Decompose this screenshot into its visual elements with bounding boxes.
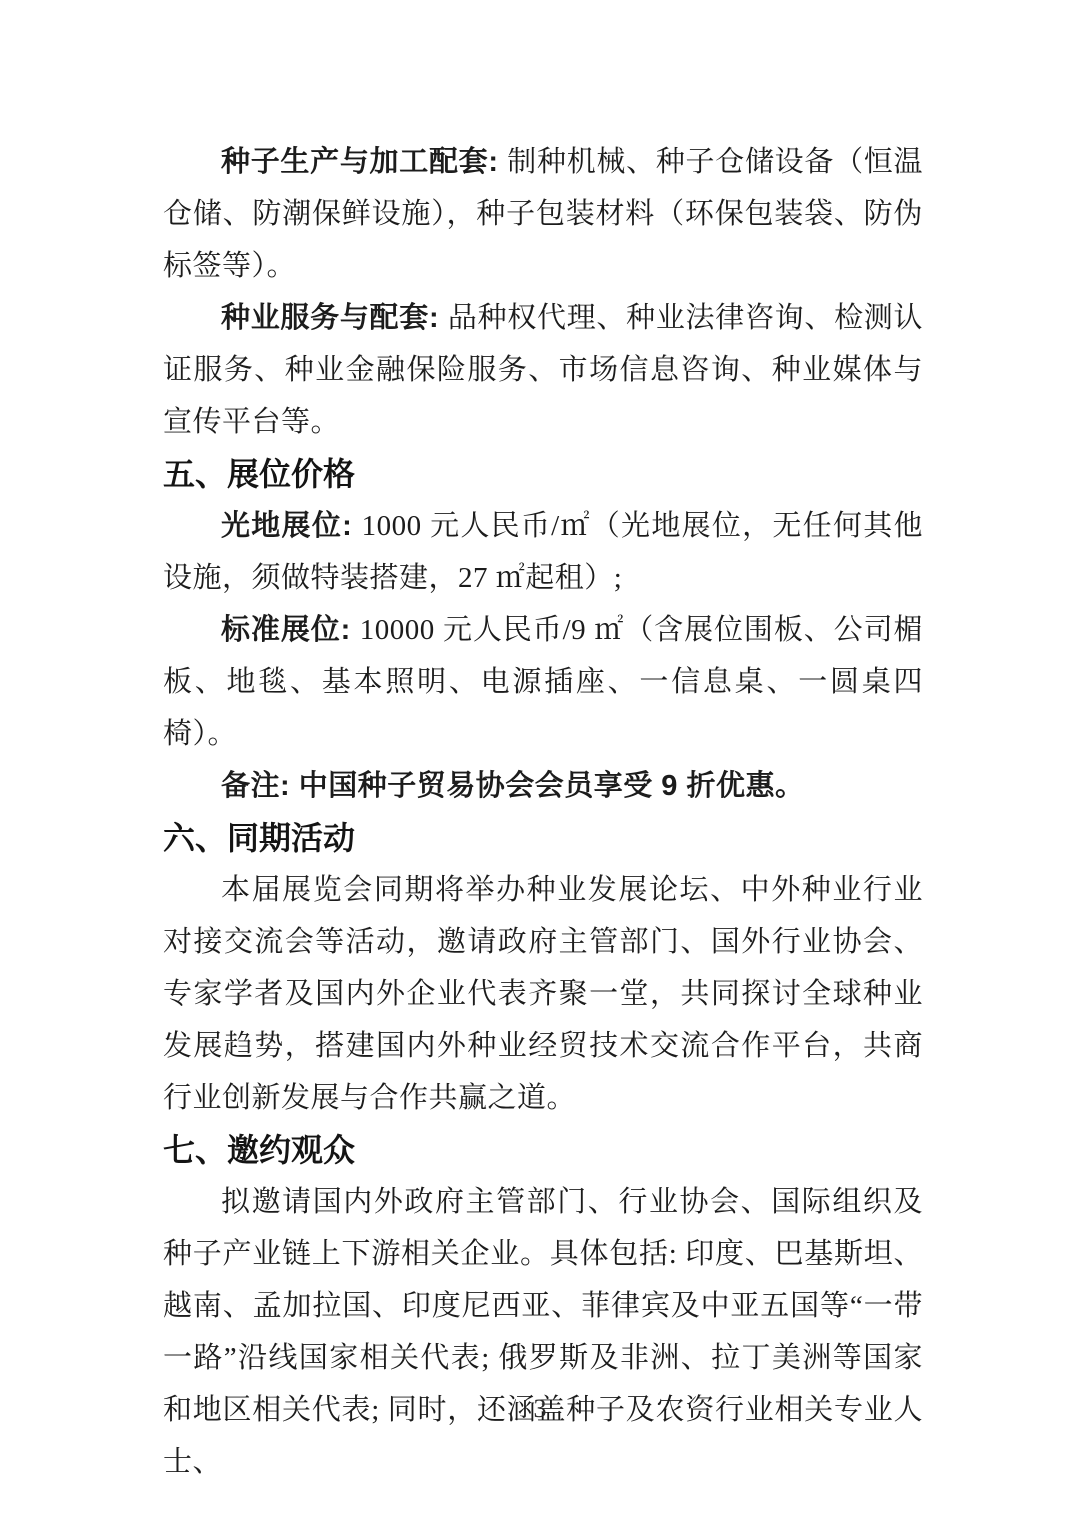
- para-seed-production: 种子生产与加工配套: 制种机械、种子仓储设备（恒温仓储、防潮保鲜设施），种子包装…: [163, 136, 923, 292]
- para-member-discount-note: 备注: 中国种子贸易协会会员享受 9 折优惠。: [163, 760, 923, 812]
- para-standard-booth: 标准展位: 10000 元人民币/9 ㎡（含展位围板、公司楣板、地毯、基本照明、…: [163, 604, 923, 760]
- para-raw-space-booth: 光地展位: 1000 元人民币/㎡（光地展位，无任何其他设施，须做特装搭建，27…: [163, 500, 923, 604]
- para-concurrent-activities: 本届展览会同期将举办种业发展论坛、中外种业行业对接交流会等活动，邀请政府主管部门…: [163, 864, 923, 1124]
- heading-section-7-invited-visitors: 七、邀约观众: [163, 1124, 923, 1176]
- para-standard-booth-lead: 标准展位:: [221, 614, 360, 646]
- para-invited-visitors: 拟邀请国内外政府主管部门、行业协会、国际组织及种子产业链上下游相关企业。具体包括…: [163, 1176, 923, 1488]
- para-seed-production-lead: 种子生产与加工配套:: [221, 146, 507, 178]
- para-seed-services: 种业服务与配套: 品种权代理、种业法律咨询、检测认证服务、种业金融保险服务、市场…: [163, 292, 923, 448]
- para-seed-services-lead: 种业服务与配套:: [221, 302, 448, 334]
- document-page: 种子生产与加工配套: 制种机械、种子仓储设备（恒温仓储、防潮保鲜设施），种子包装…: [0, 0, 1080, 1526]
- para-raw-space-booth-lead: 光地展位:: [221, 510, 362, 542]
- para-member-discount-note-lead: 备注:: [221, 770, 299, 802]
- para-member-discount-note-text: 中国种子贸易协会会员享受 9 折优惠。: [299, 770, 805, 802]
- heading-section-6-concurrent-activities: 六、同期活动: [163, 812, 923, 864]
- heading-section-5-booth-prices: 五、展位价格: [163, 448, 923, 500]
- document-body: 种子生产与加工配套: 制种机械、种子仓储设备（恒温仓储、防潮保鲜设施），种子包装…: [163, 136, 923, 1488]
- page-number: 3: [0, 1392, 1080, 1426]
